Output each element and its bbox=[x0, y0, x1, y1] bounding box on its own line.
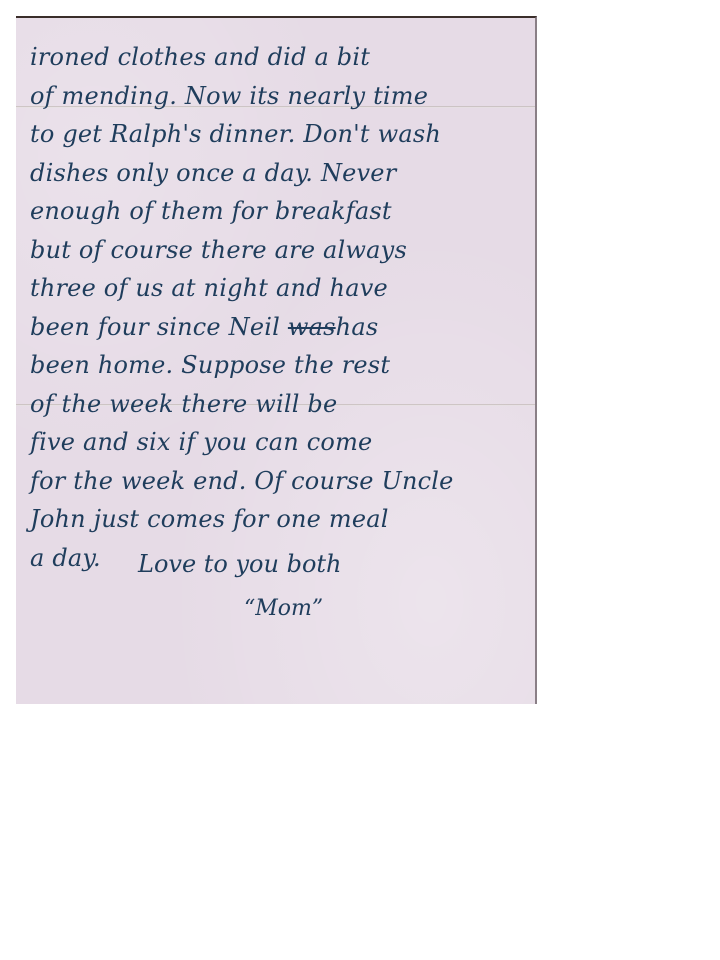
letter-line-2: of mending. Now its nearly time bbox=[30, 77, 530, 116]
letter-line-1: ironed clothes and did a bit bbox=[30, 38, 530, 77]
letter-closing: Love to you both bbox=[138, 550, 342, 578]
letter-line-3: to get Ralph's dinner. Don't wash bbox=[30, 115, 530, 154]
letter-line-4: dishes only once a day. Never bbox=[30, 154, 530, 193]
letter-line-7: three of us at night and have bbox=[30, 269, 530, 308]
letter-line-5: enough of them for breakfast bbox=[30, 192, 530, 231]
letter-line-12: for the week end. Of course Uncle bbox=[30, 462, 530, 501]
letter-line-6: but of course there are always bbox=[30, 231, 530, 270]
letter-line-11: five and six if you can come bbox=[30, 423, 530, 462]
letter-line-13: John just comes for one meal bbox=[30, 500, 530, 539]
letter-line-8-tail: has bbox=[336, 313, 379, 341]
letter-body: ironed clothes and did a bit of mending.… bbox=[30, 38, 530, 577]
letter-line-9: been home. Suppose the rest bbox=[30, 346, 530, 385]
letter-line-8: been four since Neil washas bbox=[30, 308, 530, 347]
letter-signature: “Mom” bbox=[244, 596, 323, 621]
struck-out-word: was bbox=[288, 313, 336, 341]
letter-line-8-text: been four since Neil bbox=[30, 313, 280, 341]
letter-line-10: of the week there will be bbox=[30, 385, 530, 424]
letter-page: ironed clothes and did a bit of mending.… bbox=[16, 16, 537, 704]
